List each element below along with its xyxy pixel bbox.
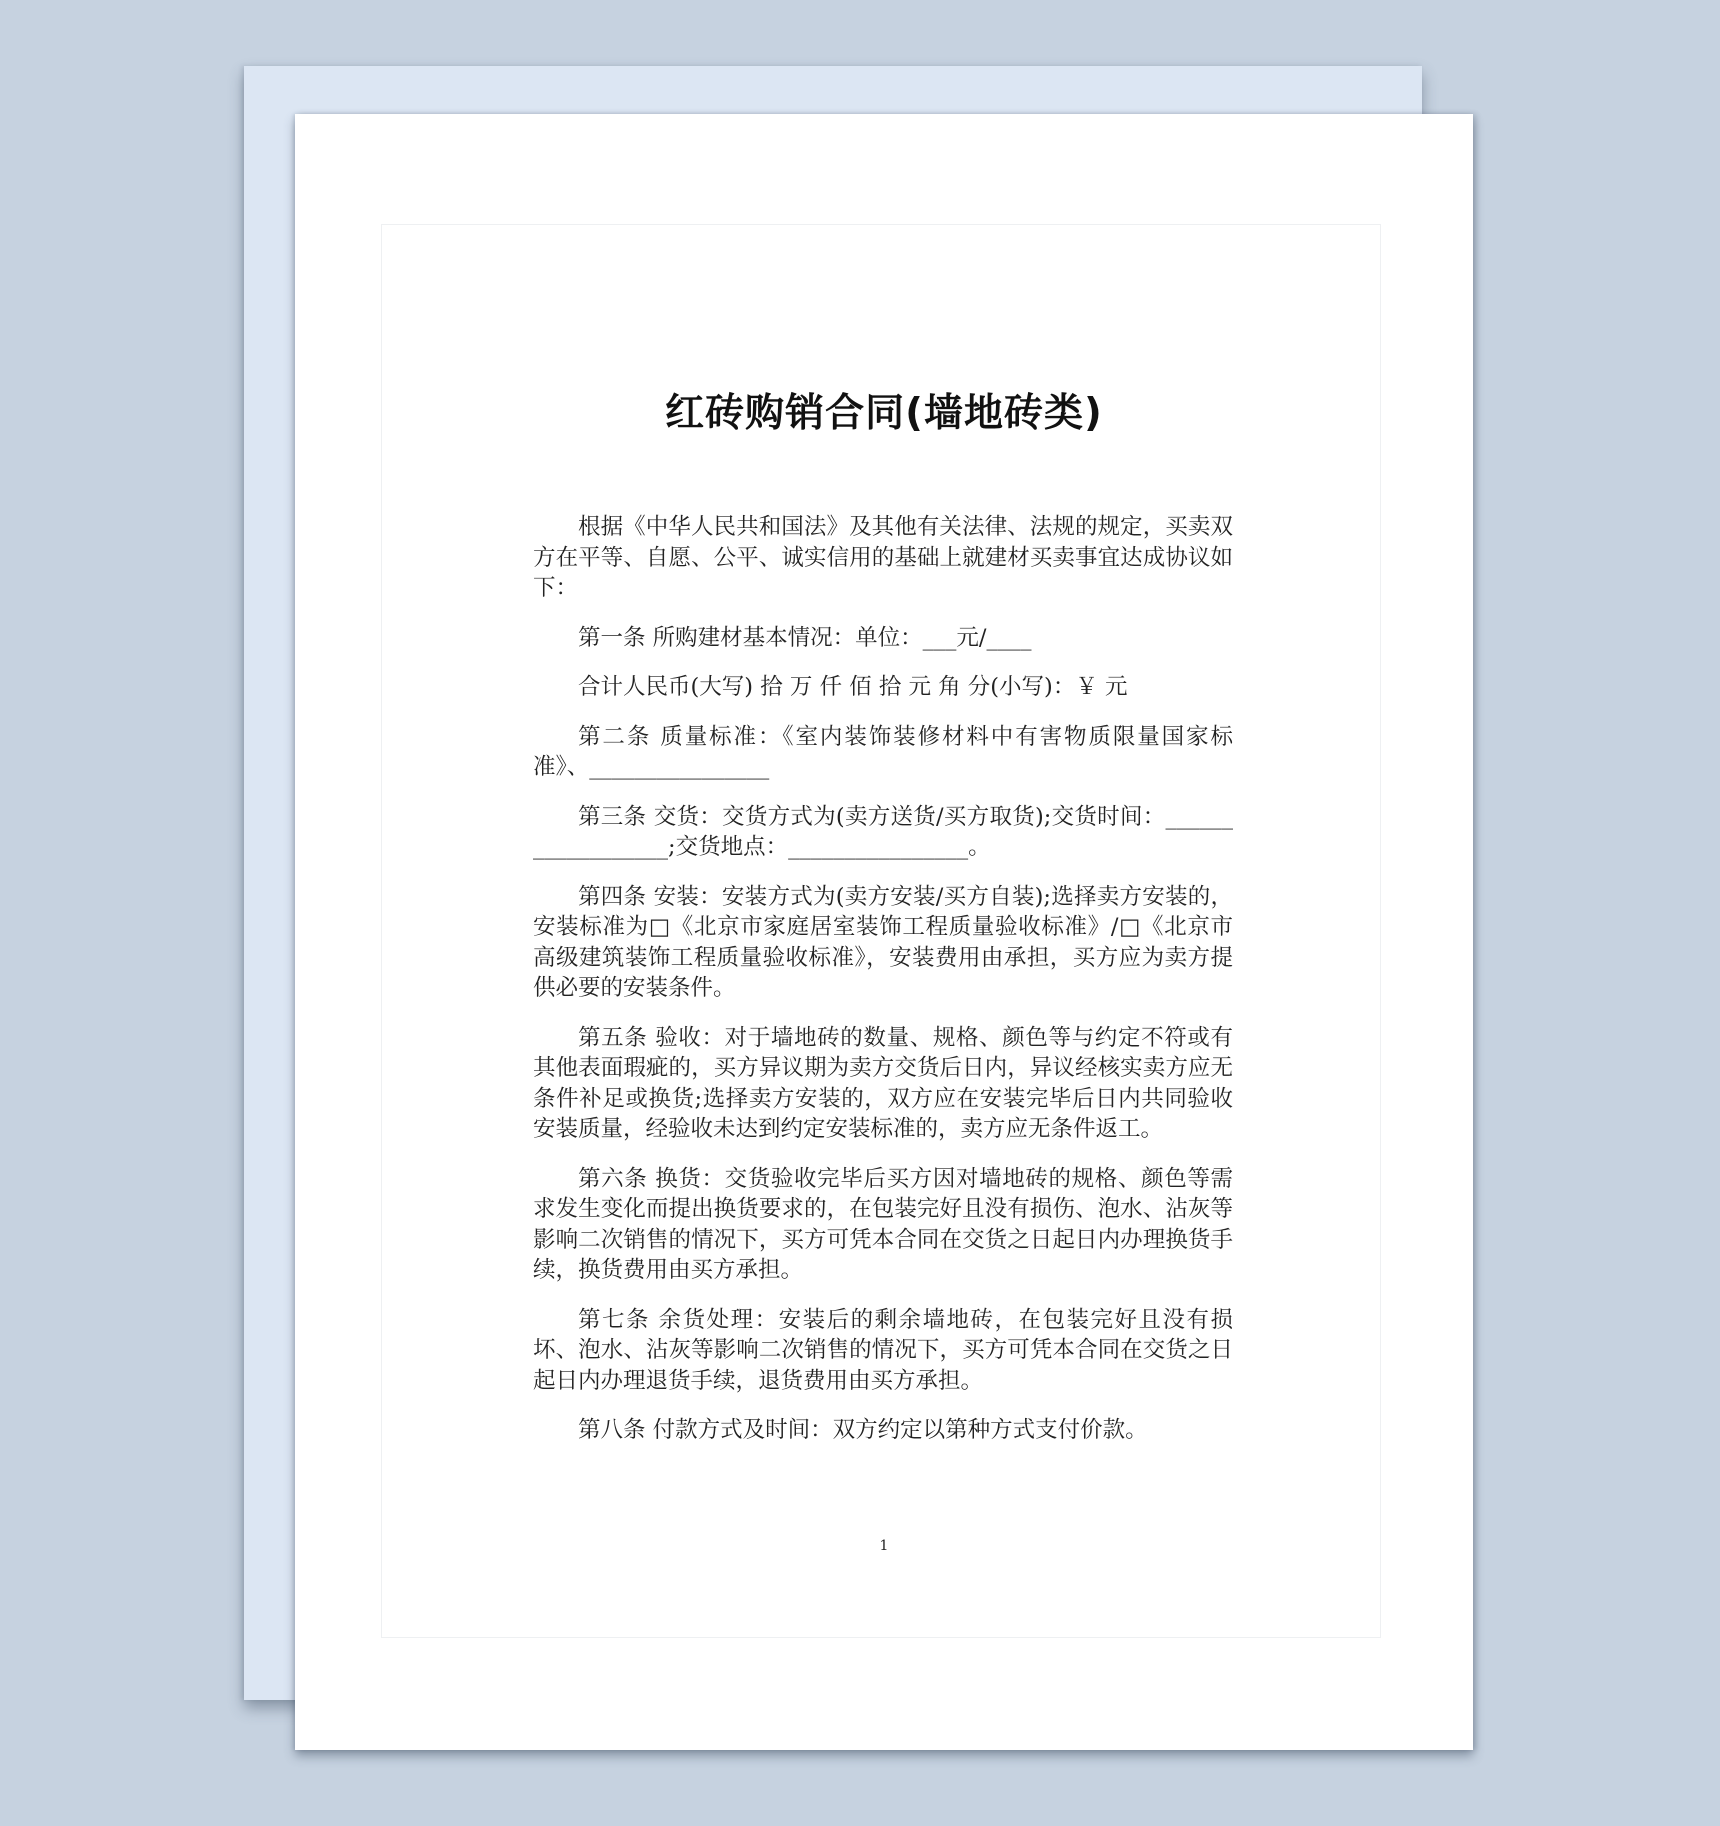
paragraph-article-5: 第五条 验收：对于墙地砖的数量、规格、颜色等与约定不符或有其他表面瑕疵的，买方异… [533, 1023, 1233, 1145]
paragraph-article-3: 第三条 交货：交货方式为(卖方送货/买方取货);交货时间：___________… [533, 802, 1233, 863]
document-body: 根据《中华人民共和国法》及其他有关法律、法规的规定，买卖双方在平等、自愿、公平、… [533, 512, 1233, 1465]
paragraph-article-1-total: 合计人民币(大写) 拾 万 仟 佰 拾 元 角 分(小写)：￥ 元 [533, 672, 1233, 703]
paragraph-article-4: 第四条 安装：安装方式为(卖方安装/买方自装);选择卖方安装的，安装标准为□《北… [533, 882, 1233, 1004]
paragraph-article-1: 第一条 所购建材基本情况：单位：___元/____ [533, 623, 1233, 654]
front-page-sheet: 红砖购销合同(墙地砖类) 根据《中华人民共和国法》及其他有关法律、法规的规定，买… [295, 114, 1473, 1750]
paragraph-article-2: 第二条 质量标准：《室内装饰装修材料中有害物质限量国家标准》、_________… [533, 722, 1233, 783]
document-preview-stage: 红砖购销合同(墙地砖类) 根据《中华人民共和国法》及其他有关法律、法规的规定，买… [0, 0, 1720, 1826]
paragraph-article-7: 第七条 余货处理：安装后的剩余墙地砖，在包装完好且没有损坏、泡水、沾灰等影响二次… [533, 1305, 1233, 1397]
page-number: 1 [295, 1538, 1473, 1554]
paragraph-article-8: 第八条 付款方式及时间：双方约定以第种方式支付价款。 [533, 1415, 1233, 1446]
paragraph-preamble: 根据《中华人民共和国法》及其他有关法律、法规的规定，买卖双方在平等、自愿、公平、… [533, 512, 1233, 604]
paragraph-article-6: 第六条 换货：交货验收完毕后买方因对墙地砖的规格、颜色等需求发生变化而提出换货要… [533, 1164, 1233, 1286]
document-title: 红砖购销合同(墙地砖类) [295, 382, 1473, 438]
